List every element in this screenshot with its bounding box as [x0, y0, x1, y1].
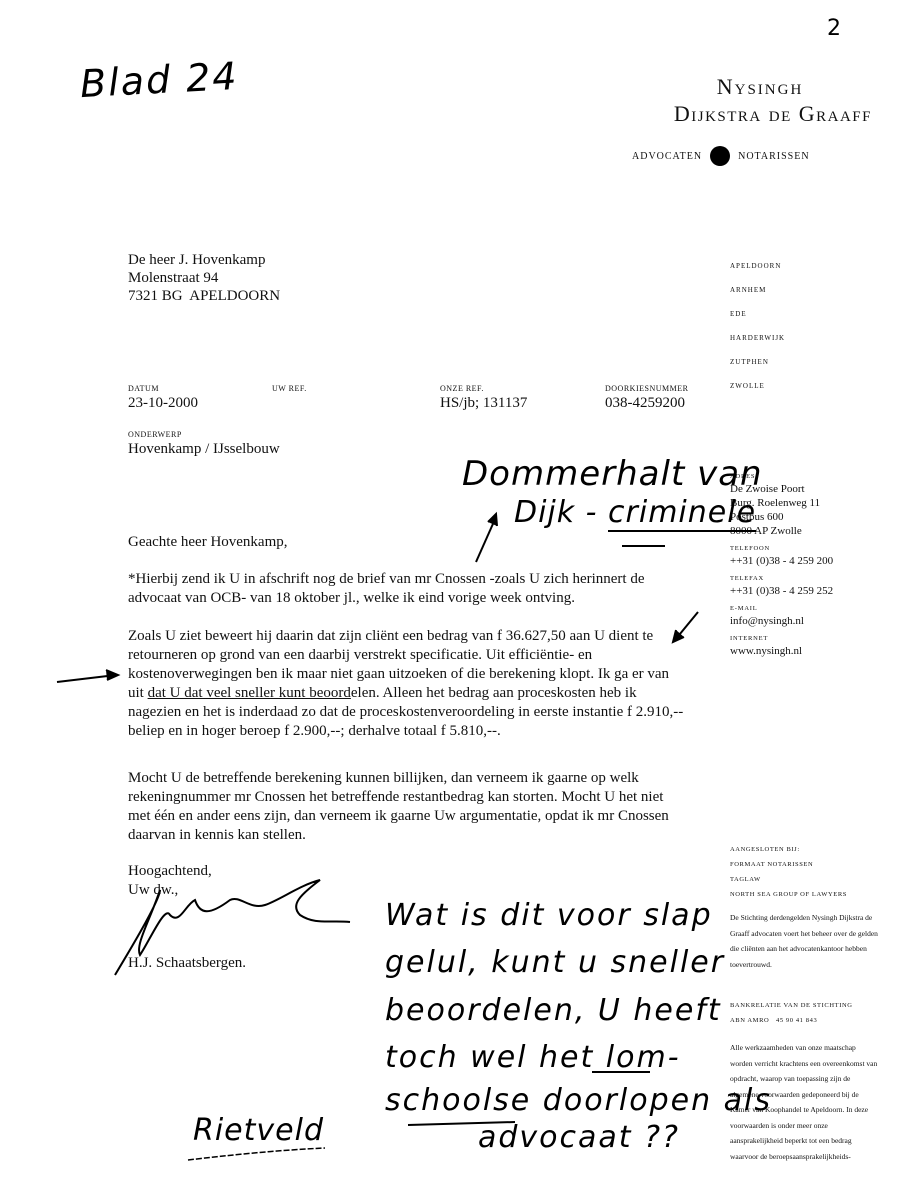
bank-value: ABN AMRO 45 90 41 843 — [730, 1013, 880, 1028]
handwritten-name: Rietveld — [193, 1113, 324, 1148]
email-link[interactable]: info@nysingh.nl — [730, 614, 833, 628]
uw-ref-field: Uw ref. — [272, 384, 307, 395]
subject-value: Hovenkamp / IJsselbouw — [128, 441, 280, 458]
paragraph-3: Mocht U de betreffende berekening kunnen… — [128, 769, 688, 845]
office-item: ZUTPHEN — [730, 350, 785, 374]
tag-notarissen: NOTARISSEN — [738, 151, 809, 162]
letterhead-line2: Dijkstra de Graaff — [592, 101, 872, 127]
recipient-address: De heer J. Hovenkamp Molenstraat 94 7321… — [128, 251, 280, 305]
datum-value: 23-10-2000 — [128, 395, 198, 412]
affiliated-item: Formaat Notarissen — [730, 857, 880, 872]
closing: Hoogachtend, — [128, 862, 688, 881]
office-item: ARNHEM — [730, 278, 785, 302]
bank-label: Bankrelatie van de stichting — [730, 998, 880, 1013]
onze-ref-value: HS/jb; 131137 — [440, 395, 527, 412]
affiliations: Aangesloten bij: Formaat Notarissen Tagl… — [730, 842, 880, 902]
onze-ref-label: Onze ref. — [440, 384, 527, 393]
office-item: APELDOORN — [730, 254, 785, 278]
letterhead-line1: Nysingh — [640, 74, 880, 100]
subject-label: Onderwerp — [128, 430, 280, 439]
bank-info: Bankrelatie van de stichting ABN AMRO 45… — [730, 998, 880, 1028]
annotation-criminele: criminele — [608, 495, 756, 532]
recipient-street: Molenstraat 94 — [128, 269, 280, 287]
datum-label: Datum — [128, 384, 198, 393]
handwritten-note-line: Wat is dit voor slap — [385, 898, 713, 933]
handwritten-note-line: beoordelen, U heeft — [385, 993, 722, 1028]
handwritten-annotation-line1: Dommerhalt van — [462, 454, 763, 494]
tag-advocaten: ADVOCATEN — [632, 151, 702, 162]
website-link[interactable]: www.nysingh.nl — [730, 644, 833, 658]
recipient-city: 7321 BG APELDOORN — [128, 287, 280, 305]
arrow-right-icon — [57, 670, 118, 682]
office-item: EDE — [730, 302, 785, 326]
letterhead-tagline: ADVOCATEN NOTARISSEN — [632, 146, 810, 166]
email-label: E-mail — [730, 604, 833, 614]
handwritten-note-line: toch wel het lom- — [385, 1040, 681, 1075]
salutation: Geachte heer Hovenkamp, — [128, 533, 688, 552]
affiliated-label: Aangesloten bij: — [730, 842, 880, 857]
telefoon-value: ++31 (0)38 - 4 259 200 — [730, 554, 833, 568]
page-number-mark: 2 — [827, 16, 841, 41]
paragraph-2-underlined: dat U dat veel sneller kunt beoord — [148, 685, 351, 701]
handwritten-note-line: schoolse doorlopen als — [385, 1083, 772, 1118]
handwritten-note-line: advocaat ?? — [478, 1120, 680, 1155]
offices-list: APELDOORN ARNHEM EDE HARDERWIJK ZUTPHEN … — [730, 254, 785, 398]
office-item: HARDERWIJK — [730, 326, 785, 350]
uw-ref-label: Uw ref. — [272, 384, 307, 393]
bullet-dot-icon — [710, 146, 730, 166]
handwritten-note-line: gelul, kunt u sneller — [385, 945, 725, 980]
office-item: ZWOLLE — [730, 374, 785, 398]
doorkies-field: Doorkiesnummer 038-4259200 — [605, 384, 688, 412]
handwritten-page-label: Blad 24 — [79, 54, 240, 106]
paragraph-1: *Hierbij zend ik U in afschrift nog de b… — [128, 570, 688, 608]
affiliated-item: Taglaw — [730, 872, 880, 887]
stichting-text: De Stichting derdengelden Nysingh Dijkst… — [730, 910, 880, 972]
internet-label: Internet — [730, 634, 833, 644]
handwritten-annotation-line2: Dijk - criminele — [514, 495, 756, 530]
subject-field: Onderwerp Hovenkamp / IJsselbouw — [128, 430, 280, 458]
paragraph-2: Zoals U ziet beweert hij daarin dat zijn… — [128, 627, 688, 741]
telefoon-label: Telefoon — [730, 544, 833, 554]
doorkies-value: 038-4259200 — [605, 395, 688, 412]
affiliated-item: North Sea Group of Lawyers — [730, 887, 880, 902]
doorkies-label: Doorkiesnummer — [605, 384, 688, 393]
telefax-label: Telefax — [730, 574, 833, 584]
datum-field: Datum 23-10-2000 — [128, 384, 198, 412]
telefax-value: ++31 (0)38 - 4 259 252 — [730, 584, 833, 598]
annotation-dijk: Dijk - — [514, 495, 608, 530]
onze-ref-field: Onze ref. HS/jb; 131137 — [440, 384, 527, 412]
recipient-name: De heer J. Hovenkamp — [128, 251, 280, 269]
